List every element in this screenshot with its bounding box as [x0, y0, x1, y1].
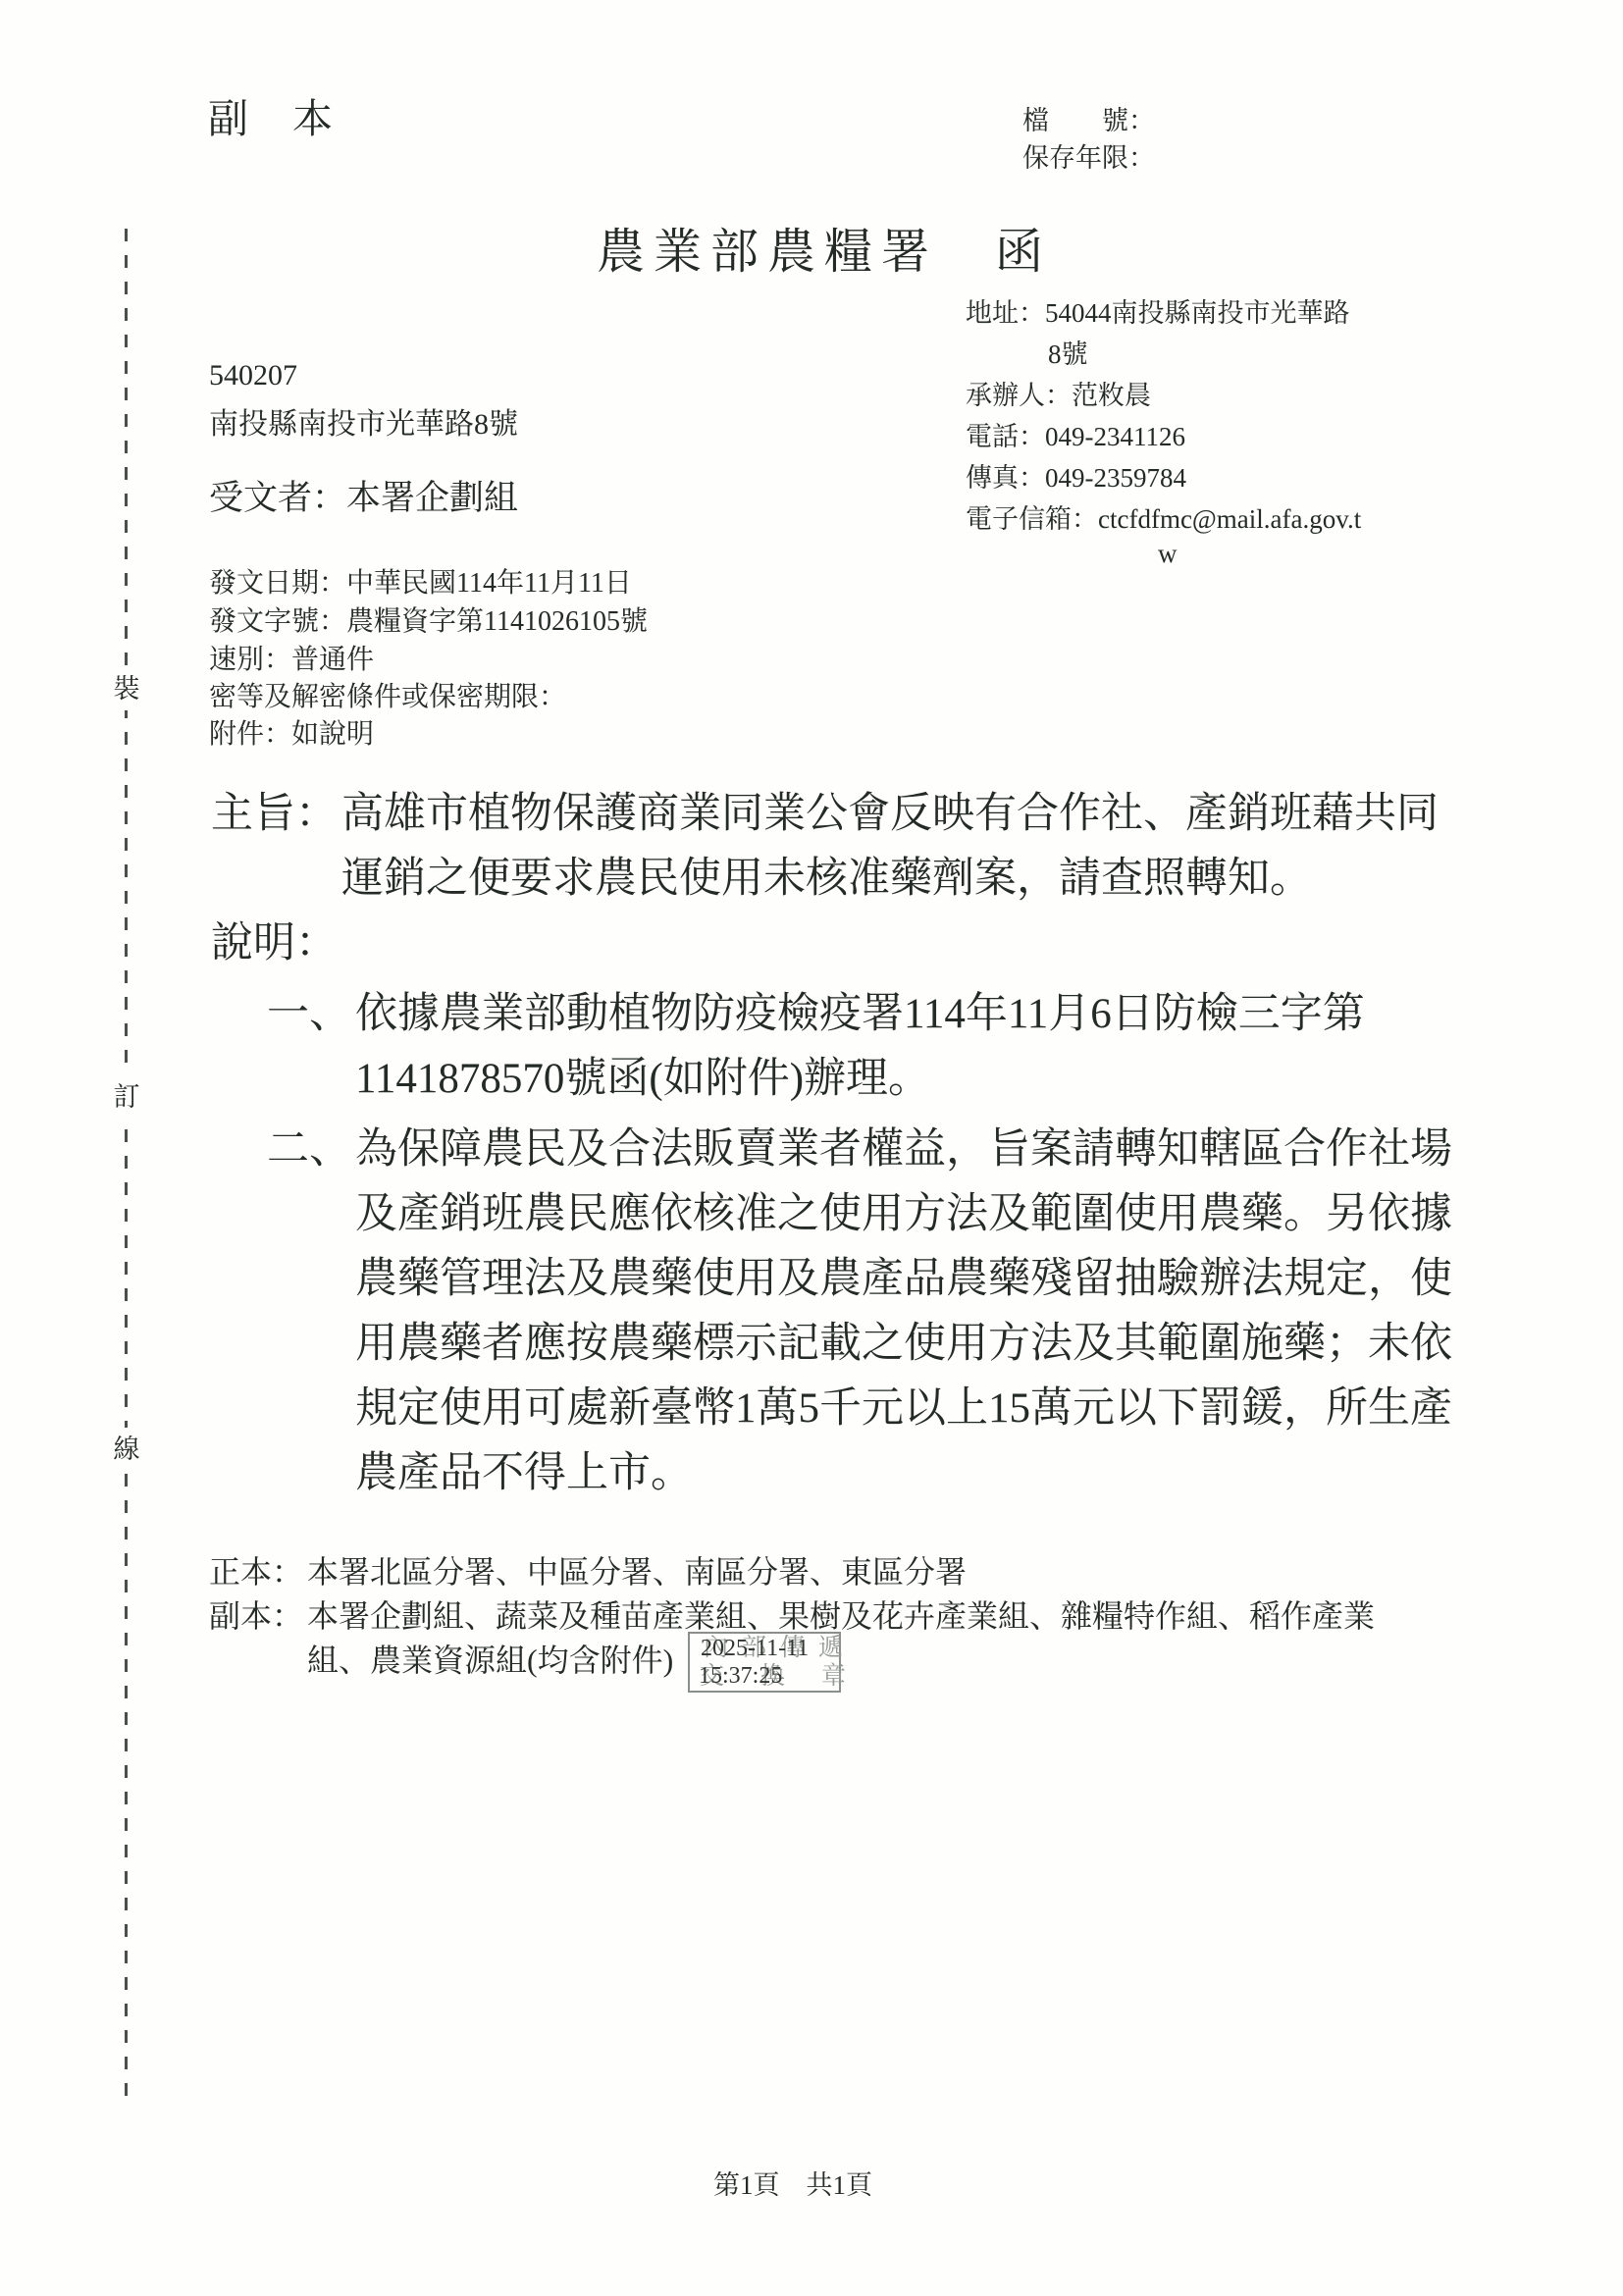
issue-date-value: 中華民國114年11月11日 [346, 568, 632, 599]
file-number-label: 檔 號： [1022, 99, 1155, 137]
phone-label: 電話： [966, 422, 1045, 451]
subject-label: 主旨： [211, 782, 341, 912]
sender-address-value: 54044南投縣南投市光華路 [1045, 298, 1350, 328]
sender-email-line2: w [1158, 539, 1178, 569]
recipient-address: 南投縣南投市光華路8號 [209, 399, 518, 443]
sender-phone-line: 電話：049-2341126 [966, 415, 1185, 453]
issue-date-line: 發文日期：中華民國114年11月11日 [209, 561, 632, 600]
item-1-text: 依據農業部動植物防疫檢疫署114年11月6日防檢三字第1141878570號函(… [355, 982, 1469, 1112]
sender-fax-line: 傳真：049-2359784 [966, 456, 1186, 495]
document-title: 農業部農糧署 函 [597, 214, 1052, 283]
original-copies-label: 正本： [209, 1550, 307, 1594]
item-1-number: 一、 [267, 982, 355, 1112]
binding-mark-ding: 訂 [110, 1075, 143, 1119]
copy-label: 副 本 [208, 86, 335, 144]
binding-mark-zhuang: 裝 [110, 667, 143, 710]
description-item-1: 一、 依據農業部動植物防疫檢疫署114年11月6日防檢三字第1141878570… [267, 982, 1477, 1112]
doc-number-line: 發文字號：農糧資字第1141026105號 [209, 600, 648, 639]
email-value: ctcfdfmc@mail.afa.gov.t [1098, 504, 1361, 534]
page-footer: 第1頁 共1頁 [713, 2164, 872, 2202]
recipient-value: 本署企劃組 [346, 479, 518, 517]
binding-mark-xian: 線 [110, 1428, 143, 1471]
item-2-number: 二、 [267, 1118, 355, 1506]
attachment-line: 附件：如說明 [209, 712, 374, 752]
original-copies-row: 正本： 本署北區分署、中區分署、南區分署、東區分署 [209, 1550, 1387, 1594]
fax-label: 傳真： [966, 463, 1045, 493]
issue-date-label: 發文日期： [209, 568, 346, 599]
attachment-value: 如說明 [291, 719, 374, 750]
doc-number-value: 農糧資字第1141026105號 [346, 606, 648, 637]
stamp-time: 15:37:25 [699, 1663, 782, 1690]
document-page: 裝 訂 線 副 本 檔 號： 保存年限： 農業部農糧署 函 地址：54044南投… [0, 0, 1623, 2296]
sender-email-line1: 電子信箱：ctcfdfmc@mail.afa.gov.t [966, 497, 1361, 536]
contact-value: 范敉晨 [1072, 381, 1151, 410]
description-label: 說明： [211, 912, 1477, 976]
carbon-copies-label: 副本： [209, 1594, 307, 1683]
description-item-2: 二、 為保障農民及合法販賣業者權益，旨案請轉知轄區合作社場及產銷班農民應依核准之… [267, 1118, 1477, 1506]
fax-value: 049-2359784 [1045, 463, 1186, 493]
phone-value: 049-2341126 [1045, 422, 1185, 451]
security-line: 密等及解密條件或保密期限： [209, 675, 566, 714]
attachment-label: 附件： [209, 719, 291, 750]
subject-text: 高雄市植物保護商業同業公會反映有合作社、產銷班藉共同運銷之便要求農民使用未核准藥… [341, 782, 1470, 912]
binding-dashed-line [125, 229, 128, 2098]
letter-body: 主旨： 高雄市植物保護商業同業公會反映有合作社、產銷班藉共同運銷之便要求農民使用… [211, 782, 1477, 1506]
sender-address-line1: 地址：54044南投縣南投市光華路 [966, 291, 1350, 330]
speed-value: 普通件 [291, 645, 374, 675]
security-label: 密等及解密條件或保密期限： [209, 682, 566, 712]
sender-contact-line: 承辦人：范敉晨 [966, 374, 1151, 412]
email-label: 電子信箱： [966, 504, 1098, 534]
recipient-label: 受文者： [209, 479, 346, 517]
recipient-zipcode: 540207 [209, 359, 297, 392]
stamp-date: 2025-11-11 [701, 1636, 809, 1662]
internal-transfer-stamp: 內部傳遞 交換章 2025-11-11 15:37:25 [688, 1632, 841, 1693]
retention-period-label: 保存年限： [1022, 136, 1155, 175]
item-2-text: 為保障農民及合法販賣業者權益，旨案請轉知轄區合作社場及產銷班農民應依核准之使用方… [355, 1118, 1469, 1506]
speed-label: 速別： [209, 645, 291, 675]
stamp-datetime: 2025-11-11 15:37:25 [690, 1634, 839, 1691]
speed-line: 速別：普通件 [209, 638, 374, 677]
original-copies-value: 本署北區分署、中區分署、南區分署、東區分署 [307, 1550, 1387, 1594]
recipient-line: 受文者：本署企劃組 [209, 471, 518, 520]
doc-number-label: 發文字號： [209, 606, 346, 637]
sender-address-line2: 8號 [1048, 333, 1088, 371]
contact-label: 承辦人： [966, 381, 1072, 410]
sender-address-label: 地址： [966, 298, 1045, 328]
subject-row: 主旨： 高雄市植物保護商業同業公會反映有合作社、產銷班藉共同運銷之便要求農民使用… [211, 782, 1477, 912]
